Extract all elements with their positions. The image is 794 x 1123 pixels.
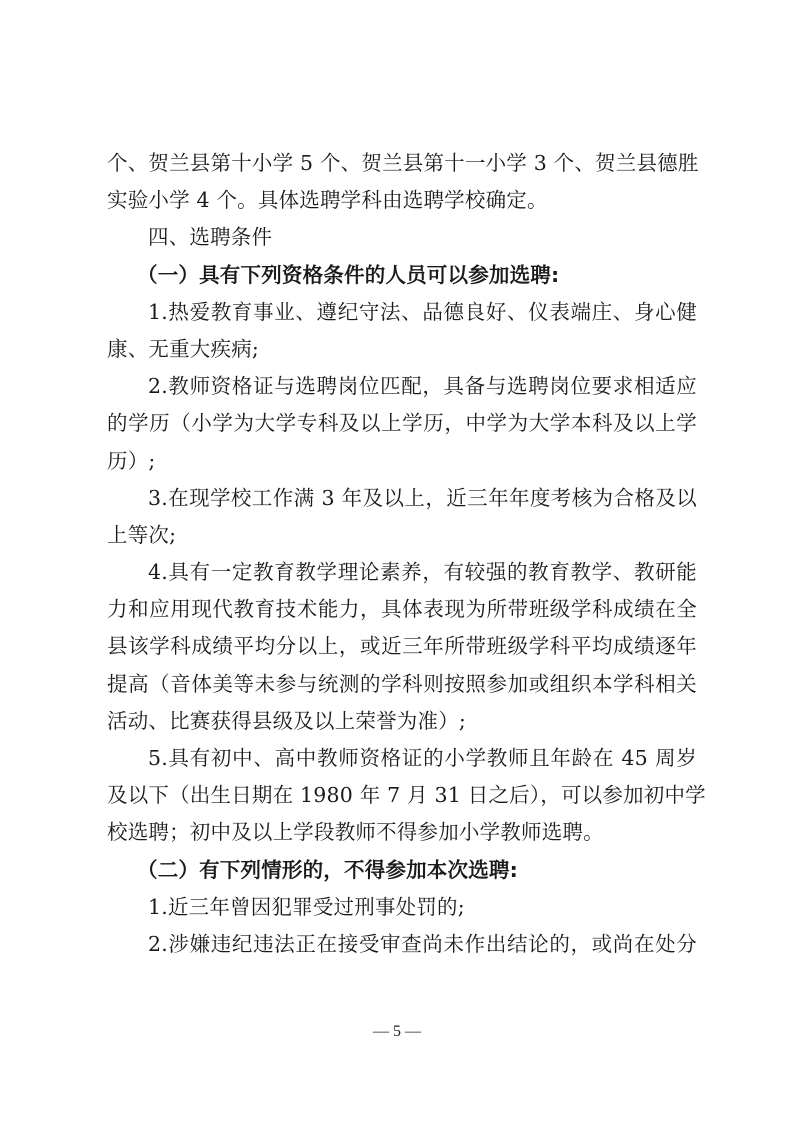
section-heading: 四、选聘条件 <box>107 219 697 256</box>
list-item-line: 上等次; <box>107 517 697 554</box>
list-item-line: 及以下（出生日期在 1980 年 7 月 31 日之后），可以参加初中学 <box>107 777 697 814</box>
list-item-line: 2.教师资格证与选聘岗位匹配，具备与选聘岗位要求相适应 <box>107 368 697 405</box>
subsection-heading: （二）有下列情形的，不得参加本次选聘: <box>107 852 697 889</box>
list-item-line: 3.在现学校工作满 3 年及以上，近三年年度考核为合格及以 <box>107 480 697 517</box>
list-item-line: 力和应用现代教育技术能力，具体表现为所带班级学科成绩在全 <box>107 591 697 628</box>
text-line: 实验小学 4 个。具体选聘学科由选聘学校确定。 <box>107 182 697 219</box>
list-item-line: 活动、比赛获得县级及以上荣誉为准）; <box>107 703 697 740</box>
list-item-line: 校选聘；初中及以上学段教师不得参加小学教师选聘。 <box>107 814 697 851</box>
list-item-line: 4.具有一定教育教学理论素养，有较强的教育教学、教研能 <box>107 554 697 591</box>
list-item-line: 提高（音体美等未参与统测的学科则按照参加或组织本学科相关 <box>107 666 697 703</box>
list-item-line: 县该学科成绩平均分以上，或近三年所带班级学科平均成绩逐年 <box>107 628 697 665</box>
list-item-line: 5.具有初中、高中教师资格证的小学教师且年龄在 45 周岁 <box>107 740 697 777</box>
list-item-line: 2.涉嫌违纪违法正在接受审查尚未作出结论的，或尚在处分 <box>107 926 697 963</box>
text-line: 个、贺兰县第十小学 5 个、贺兰县第十一小学 3 个、贺兰县德胜 <box>107 145 697 182</box>
list-item-line: 的学历（小学为大学专科及以上学历，中学为大学本科及以上学 <box>107 405 697 442</box>
list-item-line: 历）; <box>107 443 697 480</box>
document-body: 个、贺兰县第十小学 5 个、贺兰县第十一小学 3 个、贺兰县德胜 实验小学 4 … <box>107 145 697 963</box>
list-item-line: 1.近三年曾因犯罪受过刑事处罚的; <box>107 889 697 926</box>
list-item-line: 1.热爱教育事业、遵纪守法、品德良好、仪表端庄、身心健 <box>107 294 697 331</box>
page-number: — 5 — <box>0 1023 794 1041</box>
list-item-line: 康、无重大疾病; <box>107 331 697 368</box>
subsection-heading: （一）具有下列资格条件的人员可以参加选聘: <box>107 257 697 294</box>
